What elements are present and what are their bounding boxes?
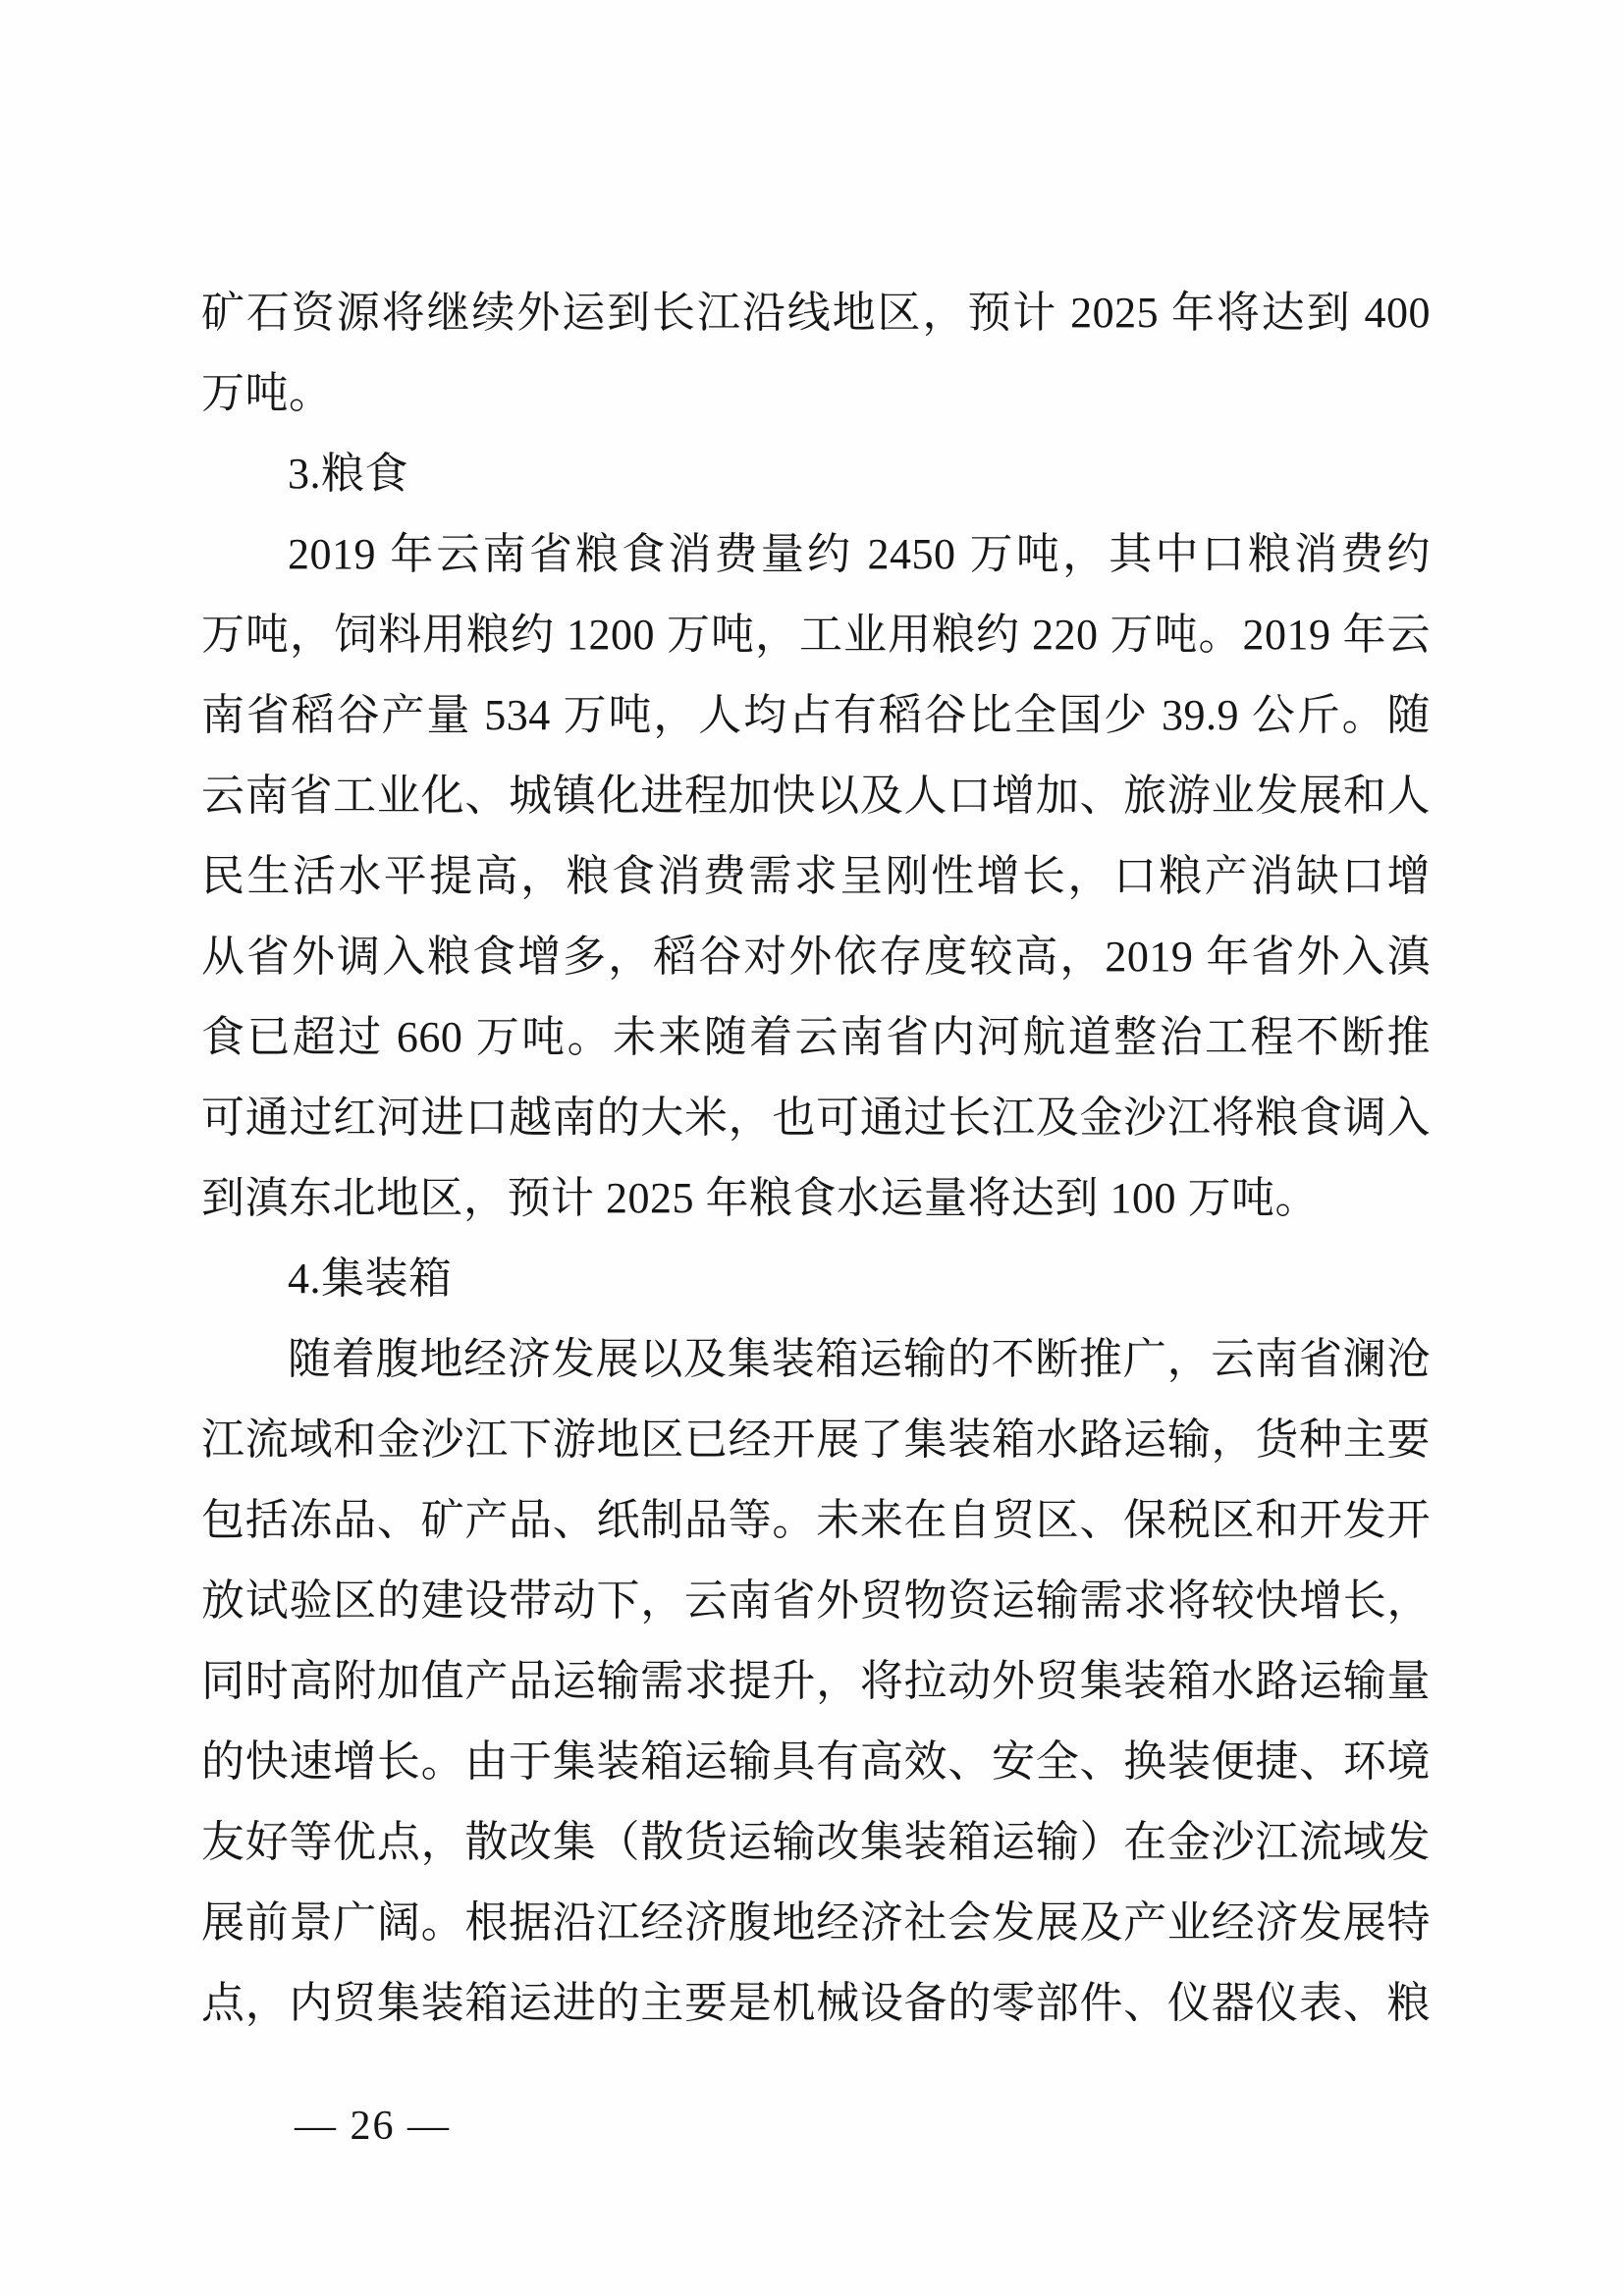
text-line: 同时高附加值产品运输需求提升，将拉动外贸集装箱水路运输量 [201, 1641, 1431, 1722]
text-line: 云南省工业化、城镇化进程加快以及人口增加、旅游业发展和人 [201, 756, 1431, 836]
text-line: 到滇东北地区，预计 2025 年粮食水运量将达到 100 万吨。 [201, 1158, 1431, 1239]
section-heading: 4.集装箱 [201, 1239, 1431, 1319]
text-line: 随着腹地经济发展以及集装箱运输的不断推广，云南省澜沧 [201, 1319, 1431, 1400]
text-line: 展前景广阔。根据沿江经济腹地经济社会发展及产业经济发展特 [201, 1883, 1431, 1963]
text-line: 放试验区的建设带动下，云南省外贸物资运输需求将较快增长， [201, 1561, 1431, 1641]
text-line: 矿石资源将继续外运到长江沿线地区，预计 2025 年将达到 400 [201, 273, 1431, 353]
section-heading: 3.粮食 [201, 434, 1431, 514]
document-page: 矿石资源将继续外运到长江沿线地区，预计 2025 年将达到 400万吨。3.粮食… [0, 0, 1624, 2296]
text-line: 点，内贸集装箱运进的主要是机械设备的零部件、仪器仪表、粮 [201, 1963, 1431, 2044]
document-body: 矿石资源将继续外运到长江沿线地区，预计 2025 年将达到 400万吨。3.粮食… [201, 273, 1431, 2044]
text-line: 民生活水平提高，粮食消费需求呈刚性增长，口粮产消缺口增大， [201, 836, 1431, 917]
text-line: 万吨，饲料用粮约 1200 万吨，工业用粮约 220 万吨。2019 年云 [201, 595, 1431, 675]
text-line: 食已超过 660 万吨。未来随着云南省内河航道整治工程不断推进， [201, 997, 1431, 1078]
page-number: — 26 — [295, 2104, 451, 2149]
text-line: 万吨。 [201, 353, 1431, 434]
text-line: 江流域和金沙江下游地区已经开展了集装箱水路运输，货种主要 [201, 1400, 1431, 1480]
text-line: 南省稻谷产量 534 万吨，人均占有稻谷比全国少 39.9 公斤。随着 [201, 675, 1431, 756]
page-footer: — 26 — [295, 2106, 451, 2147]
text-line: 的快速增长。由于集装箱运输具有高效、安全、换装便捷、环境 [201, 1722, 1431, 1802]
text-line: 友好等优点，散改集（散货运输改集装箱运输）在金沙江流域发 [201, 1802, 1431, 1883]
text-line: 从省外调入粮食增多，稻谷对外依存度较高，2019 年省外入滇粮 [201, 917, 1431, 997]
text-line: 2019 年云南省粮食消费量约 2450 万吨，其中口粮消费约 980 [201, 514, 1431, 595]
text-line: 包括冻品、矿产品、纸制品等。未来在自贸区、保税区和开发开 [201, 1480, 1431, 1561]
text-line: 可通过红河进口越南的大米，也可通过长江及金沙江将粮食调入 [201, 1078, 1431, 1158]
